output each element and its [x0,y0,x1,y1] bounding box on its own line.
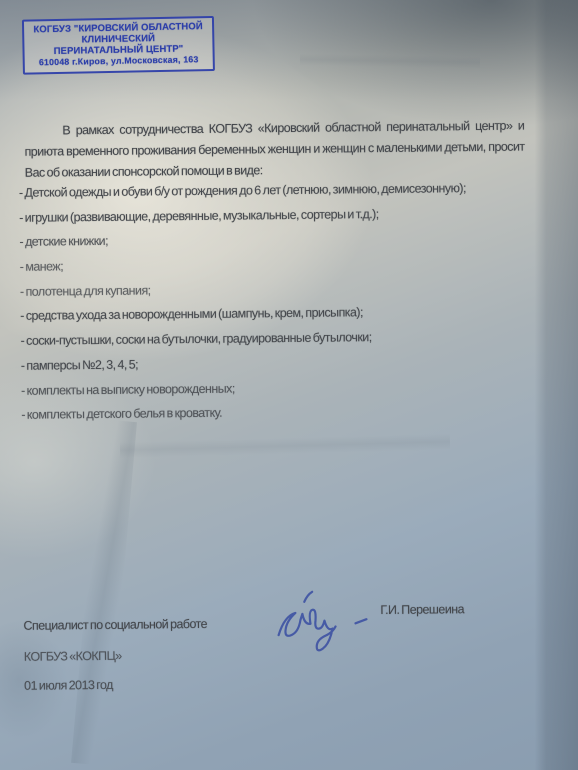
signer-name: Г.И. Перешеина [380,602,464,617]
list-item: - комплекты на выписку новорожденных; [21,379,551,398]
list-item: - манеж; [20,255,550,274]
list-item: - средства ухода за новорожденными (шамп… [20,305,550,324]
list-item: - памперсы №2, 3, 4, 5; [21,354,551,373]
list-item: - соски-пустышки, соски на бутылочки, гр… [20,329,550,348]
list-item: - игрушки (развивающие, деревянные, музы… [19,206,549,225]
list-item: - детские книжки; [19,231,549,250]
signer-organization: КОГБУЗ «КОКПЦ» [24,649,122,664]
document: КОГБУЗ "КИРОВСКИЙ ОБЛАСТНОЙ КЛИНИЧЕСКИЙ … [0,0,578,770]
list-item: - полотенца для купания; [20,280,550,299]
list-item: - комплекты детского белья в кроватку. [21,403,551,422]
stamp-address: 610048 г.Киров, ул.Московская, 163 [27,54,211,69]
photo-background: КОГБУЗ "КИРОВСКИЙ ОБЛАСТНОЙ КЛИНИЧЕСКИЙ … [0,0,578,770]
org-stamp: КОГБУЗ "КИРОВСКИЙ ОБЛАСТНОЙ КЛИНИЧЕСКИЙ … [22,16,215,75]
handwritten-signature [260,585,376,664]
document-date: 01 июля 2013 год [24,678,113,693]
donation-items-list: - Детской одежды и обуви б/у от рождения… [19,181,552,433]
list-item: - Детской одежды и обуви б/у от рождения… [19,181,549,200]
intro-paragraph: В рамках сотрудничества КОГБУЗ «Кировски… [24,116,525,184]
signer-position: Специалист по социальной работе [23,617,207,633]
